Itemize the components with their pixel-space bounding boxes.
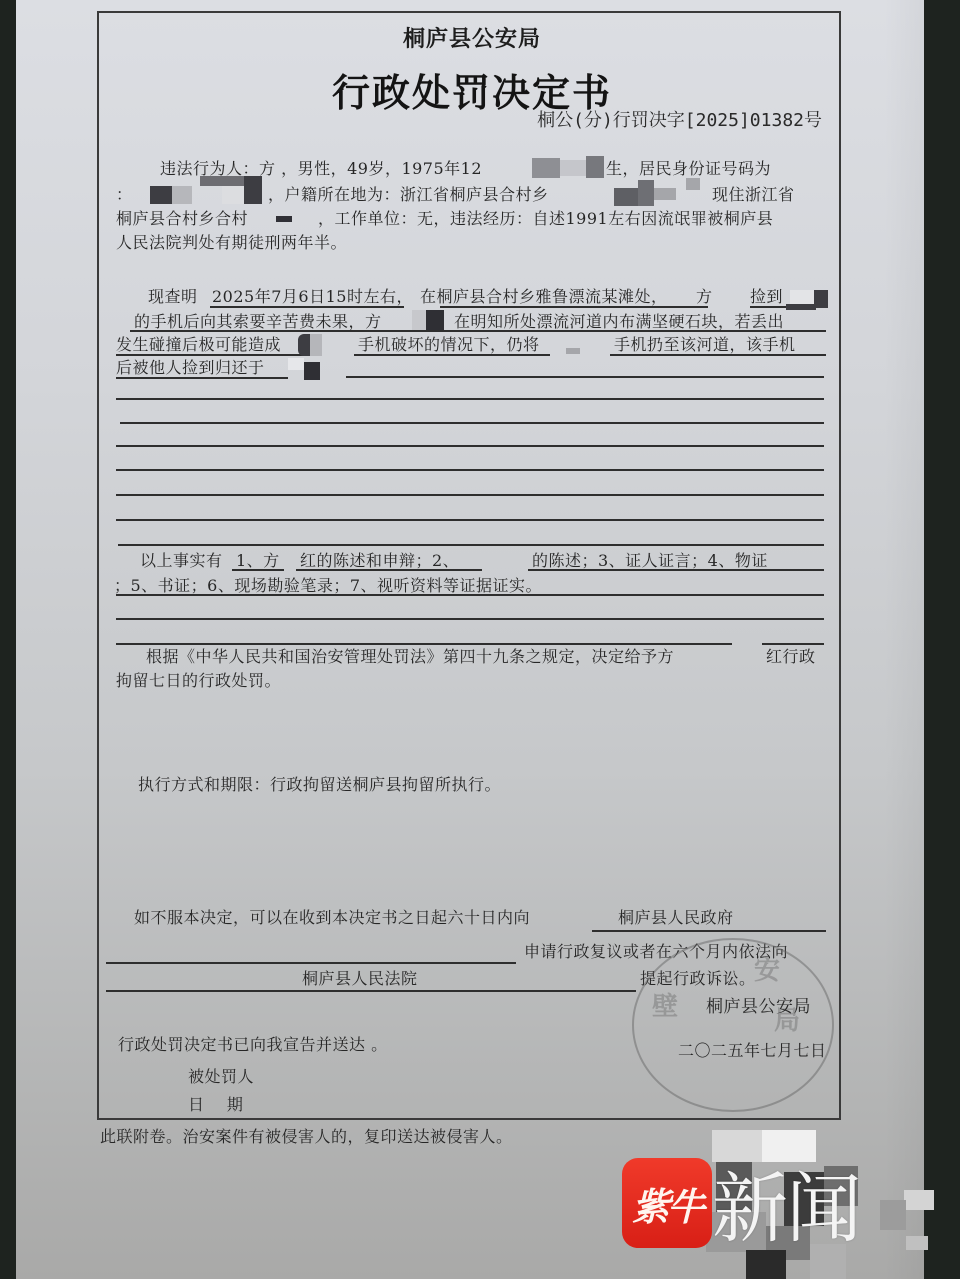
footer-note: 此联附卷。治安案件有被侵害人的，复印送达被侵害人。 xyxy=(100,1126,513,1148)
redaction-block xyxy=(276,216,292,222)
mosaic-tile xyxy=(880,1200,906,1230)
blank-line xyxy=(120,422,824,424)
redaction-block xyxy=(614,188,638,206)
underline xyxy=(296,569,482,571)
redaction-block xyxy=(172,186,192,204)
underline xyxy=(106,990,636,992)
blank-line xyxy=(116,494,824,496)
facts-line-4: 后被他人捡到归还于 xyxy=(116,357,265,379)
underline xyxy=(592,930,826,932)
redaction-block xyxy=(222,186,244,204)
news-brand-text: 新闻 xyxy=(712,1148,860,1257)
offender-line-3a: 桐庐县合村乡合村 xyxy=(116,208,248,230)
facts-line-1e: 捡到 xyxy=(750,286,783,308)
underline xyxy=(610,354,826,356)
redaction-block xyxy=(532,158,560,178)
redaction-block xyxy=(304,362,320,380)
redaction-block xyxy=(150,186,172,204)
redaction-block xyxy=(654,188,676,200)
facts-line-3c: 手机扔至该河道，该手机 xyxy=(614,334,796,356)
blank-line xyxy=(116,519,824,521)
facts-line-1c: 在桐庐县合村乡雅鲁漂流某滩处， xyxy=(420,286,668,308)
decision-line-1-tail: 红行政 xyxy=(766,646,816,668)
redaction-block xyxy=(412,310,426,330)
underline xyxy=(354,354,550,356)
redaction-block xyxy=(298,334,310,356)
facts-line-1b: 2025年7月6日15时左右， xyxy=(212,286,413,308)
redaction-block xyxy=(686,178,700,190)
redaction-block xyxy=(586,156,604,178)
mosaic-tile xyxy=(904,1190,934,1210)
offender-line-2-prefix: ： xyxy=(116,184,133,206)
underline xyxy=(452,330,826,332)
recipient-label: 被处罚人 xyxy=(188,1066,254,1088)
facts-line-1d: 方 xyxy=(696,286,713,308)
court-name: 桐庐县人民法院 xyxy=(302,968,418,990)
underline xyxy=(116,377,288,379)
blank-line xyxy=(116,445,824,447)
decision-line-2: 拘留七日的行政处罚。 xyxy=(116,670,281,692)
seal-glyph: 壁 xyxy=(652,986,678,1023)
facts-line-1a: 现查明 xyxy=(148,286,198,308)
redaction-block xyxy=(814,290,828,308)
redaction-block xyxy=(638,180,654,206)
evidence-line-1a: 以上事实有 xyxy=(140,550,223,572)
appeal-line-1: 如不服本决定，可以在收到本决定书之日起六十日内向 xyxy=(134,907,530,929)
acknowledgement-text: 行政处罚决定书已向我宣告并送达 。 xyxy=(118,1034,388,1056)
blank-line xyxy=(118,544,824,546)
offender-line-2-mid: ，户籍所在地为：浙江省桐庐县合村乡 xyxy=(268,184,549,206)
redaction-block xyxy=(426,310,444,330)
redaction-block xyxy=(200,176,244,186)
blank-line xyxy=(116,398,824,400)
review-body: 桐庐县人民政府 xyxy=(618,907,734,929)
redaction-block xyxy=(288,358,304,370)
blank-line xyxy=(116,643,732,645)
underline xyxy=(440,306,708,308)
underline xyxy=(232,569,284,571)
ziniu-logo: 紫牛 xyxy=(622,1158,712,1248)
execution-method: 执行方式和期限：行政拘留送桐庐县拘留所执行。 xyxy=(138,774,501,796)
underline xyxy=(116,354,306,356)
blank-line xyxy=(346,376,824,378)
facts-line-3b: 手机破坏的情况下，仍将 xyxy=(358,334,540,356)
underline xyxy=(130,330,454,332)
seal-glyph: 安 xyxy=(754,950,780,987)
blank-line xyxy=(116,594,824,596)
offender-line-2-tail: 现住浙江省 xyxy=(712,184,795,206)
underline xyxy=(210,306,404,308)
blank-line xyxy=(116,469,824,471)
blank-line xyxy=(762,643,824,645)
mosaic-tile xyxy=(906,1236,928,1250)
issue-date: 二〇二五年七月七日 xyxy=(678,1040,827,1062)
official-seal: 壁 局 安 xyxy=(632,938,834,1112)
offender-line-4: 人民法院判处有期徒刑两年半。 xyxy=(116,232,347,254)
redaction-block xyxy=(786,304,816,310)
redaction-block xyxy=(244,176,262,204)
facts-line-3a: 发生碰撞后极可能造成 xyxy=(116,334,281,356)
underline xyxy=(750,306,790,308)
blank-line xyxy=(116,618,824,620)
redaction-block xyxy=(566,348,580,354)
redaction-block xyxy=(310,334,322,356)
paper-shade xyxy=(884,0,924,1279)
underline xyxy=(528,569,824,571)
offender-line-3b: ，工作单位：无，违法经历：自述1991左右因流氓罪被桐庐县 xyxy=(318,208,773,230)
issuing-agency-signature: 桐庐县公安局 xyxy=(706,996,811,1018)
offender-line-1-tail: 生，居民身份证号码为 xyxy=(606,158,771,180)
issuing-agency: 桐庐县公安局 xyxy=(0,22,944,53)
underline xyxy=(106,962,516,964)
document-number: 桐公(分)行罚决字[2025]01382号 xyxy=(537,106,822,132)
date-label: 日 期 xyxy=(188,1094,243,1116)
decision-line-1: 根据《中华人民共和国治安管理处罚法》第四十九条之规定，决定给予方 xyxy=(146,646,674,668)
